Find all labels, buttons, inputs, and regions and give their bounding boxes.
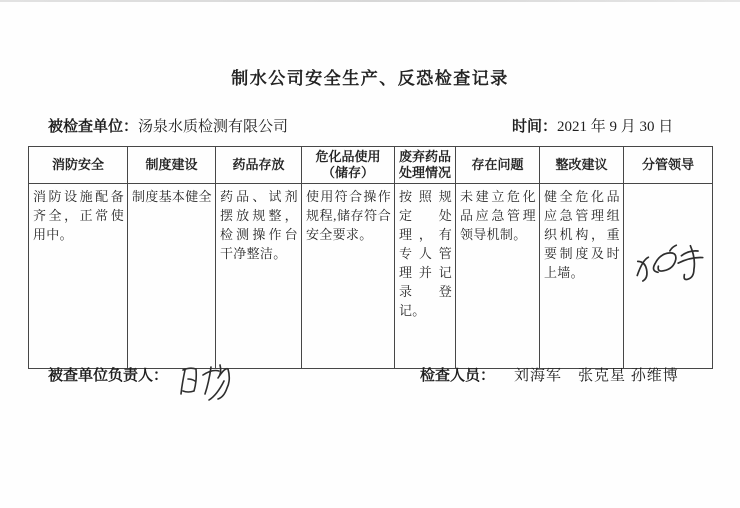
header-row: 消防安全 制度建设 药品存放 危化品使用 （储存） 废弃药品 处理情况 存在问题…: [29, 147, 713, 184]
page-title: 制水公司安全生产、反恐检查记录: [0, 64, 740, 89]
column-header-hazchem-use: 危化品使用 （储存）: [302, 147, 395, 184]
cell-system-building: 制度基本健全: [128, 184, 216, 369]
column-header-fire-safety: 消防安全: [29, 147, 128, 184]
cell-problems: 未建立危化品应急管理领导机制。: [456, 184, 540, 369]
cell-supervisor: [624, 184, 713, 369]
time-value: 2021 年 9 月 30 日: [557, 119, 673, 135]
inspectors-label: 检查人员：: [420, 364, 495, 385]
inspected-unit-line: 被检查单位：汤泉水质检测有限公司: [48, 115, 288, 136]
column-header-waste-disposal: 废弃药品 处理情况: [395, 147, 456, 184]
cell-medicine-storage: 药品、试剂摆放规整，检测操作台干净整洁。: [216, 184, 302, 369]
responsible-person-signature: [172, 358, 244, 406]
inspection-table: 消防安全 制度建设 药品存放 危化品使用 （储存） 废弃药品 处理情况 存在问题…: [28, 146, 713, 369]
cell-fire-safety: 消防设施配备齐全，正常使用中。: [29, 184, 128, 369]
cell-waste-disposal: 按照规定处理，有专人管理并记录登记。: [395, 184, 456, 369]
cell-hazchem-use: 使用符合操作规程,储存符合安全要求。: [302, 184, 395, 369]
scanned-inspection-record: 制水公司安全生产、反恐检查记录 被检查单位：汤泉水质检测有限公司 时间：2021…: [0, 0, 740, 508]
column-header-medicine-storage: 药品存放: [216, 147, 302, 184]
column-header-rectification: 整改建议: [540, 147, 624, 184]
supervisor-signature: [628, 232, 713, 292]
record-row: 消防设施配备齐全，正常使用中。 制度基本健全 药品、试剂摆放规整，检测操作台干净…: [29, 184, 713, 369]
scan-artifact-line: [0, 0, 740, 2]
column-header-supervisor: 分管领导: [624, 147, 713, 184]
column-header-system-building: 制度建设: [128, 147, 216, 184]
inspection-time-line: 时间：2021 年 9 月 30 日: [512, 115, 673, 136]
inspection-table-wrapper: 消防安全 制度建设 药品存放 危化品使用 （储存） 废弃药品 处理情况 存在问题…: [28, 146, 713, 369]
column-header-problems: 存在问题: [456, 147, 540, 184]
inspected-unit-value: 汤泉水质检测有限公司: [138, 119, 288, 135]
responsible-person-label: 被查单位负责人：: [48, 364, 168, 385]
inspectors-names: 刘海军 张克星 孙维博: [514, 364, 679, 385]
cell-rectification: 健全危化品应急管理组织机构，重要制度及时上墙。: [540, 184, 624, 369]
time-label: 时间：: [512, 119, 557, 135]
inspected-unit-label: 被检查单位：: [48, 119, 138, 135]
